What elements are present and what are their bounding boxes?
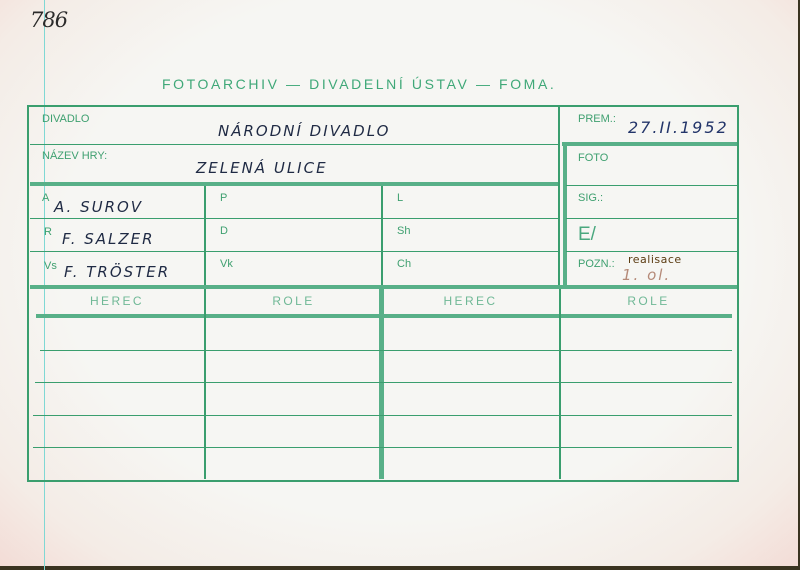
cast-header-herec-2: HEREC <box>383 294 558 308</box>
value-nazev-hry: ZELENÁ ULICE <box>196 159 328 177</box>
cast-row-rule-1 <box>40 350 732 351</box>
label-foto: FOTO <box>578 152 608 164</box>
rule-divadlo <box>30 144 558 145</box>
credits-divider-1 <box>204 186 206 288</box>
card-number: 786 <box>30 8 67 32</box>
label-vk: Vk <box>220 258 233 270</box>
label-l: L <box>397 192 403 204</box>
label-nazev-hry: NÁZEV HRY: <box>42 150 107 162</box>
label-sh: Sh <box>397 225 410 237</box>
rule-prem <box>562 142 737 146</box>
label-d: D <box>220 225 228 237</box>
label-divadlo: DIVADLO <box>42 113 89 125</box>
label-sig: SIG.: <box>578 192 603 204</box>
label-prem: PREM.: <box>578 113 616 125</box>
frame-top <box>27 105 738 107</box>
label-r: R <box>44 226 52 238</box>
rule-nazev <box>30 182 558 186</box>
frame-bottom <box>27 480 739 482</box>
cast-row-rule-4 <box>33 447 732 448</box>
cast-header-herec-1: HEREC <box>30 294 204 308</box>
card-header: FOTOARCHIV — DIVADELNÍ ÚSTAV — FOMA. <box>162 76 556 92</box>
cast-header-rule <box>36 314 732 318</box>
credits-rule-2 <box>30 251 558 252</box>
credits-divider-2 <box>381 186 383 288</box>
value-rezie: F. SALZER <box>62 230 155 248</box>
rule-e <box>566 251 737 252</box>
label-vs: Vs <box>44 260 57 272</box>
archive-card: 786 FOTOARCHIV — DIVADELNÍ ÚSTAV — FOMA.… <box>0 0 798 566</box>
label-a: A <box>42 192 49 204</box>
label-ch: Ch <box>397 258 411 270</box>
value-divadlo: NÁRODNÍ DIVADLO <box>218 122 390 140</box>
frame-right <box>737 105 739 482</box>
rule-foto <box>566 185 737 186</box>
cast-divider-3 <box>559 289 561 479</box>
label-pozn: POZN.: <box>578 258 615 270</box>
credits-rule-1 <box>30 218 558 219</box>
cast-row-rule-3 <box>33 415 732 416</box>
cast-row-rule-2 <box>35 382 732 383</box>
value-autor: A. SUROV <box>54 198 143 216</box>
cast-header-role-1: ROLE <box>206 294 381 308</box>
cast-header-role-2: ROLE <box>560 294 737 308</box>
value-vyprava: F. TRÖSTER <box>64 263 170 281</box>
label-p: P <box>220 192 227 204</box>
right-block-inner-left <box>563 142 567 288</box>
value-prem: 27.II.1952 <box>628 118 729 137</box>
rule-sig <box>566 218 737 219</box>
divider-right-block <box>558 105 560 288</box>
value-pozn-line2: 1. ol. <box>622 266 671 284</box>
cast-divider-2 <box>379 289 384 479</box>
value-pozn-line1: realisace <box>628 253 682 266</box>
label-e: E/ <box>578 224 596 246</box>
cast-divider-1 <box>204 289 206 479</box>
frame-left <box>27 105 29 482</box>
